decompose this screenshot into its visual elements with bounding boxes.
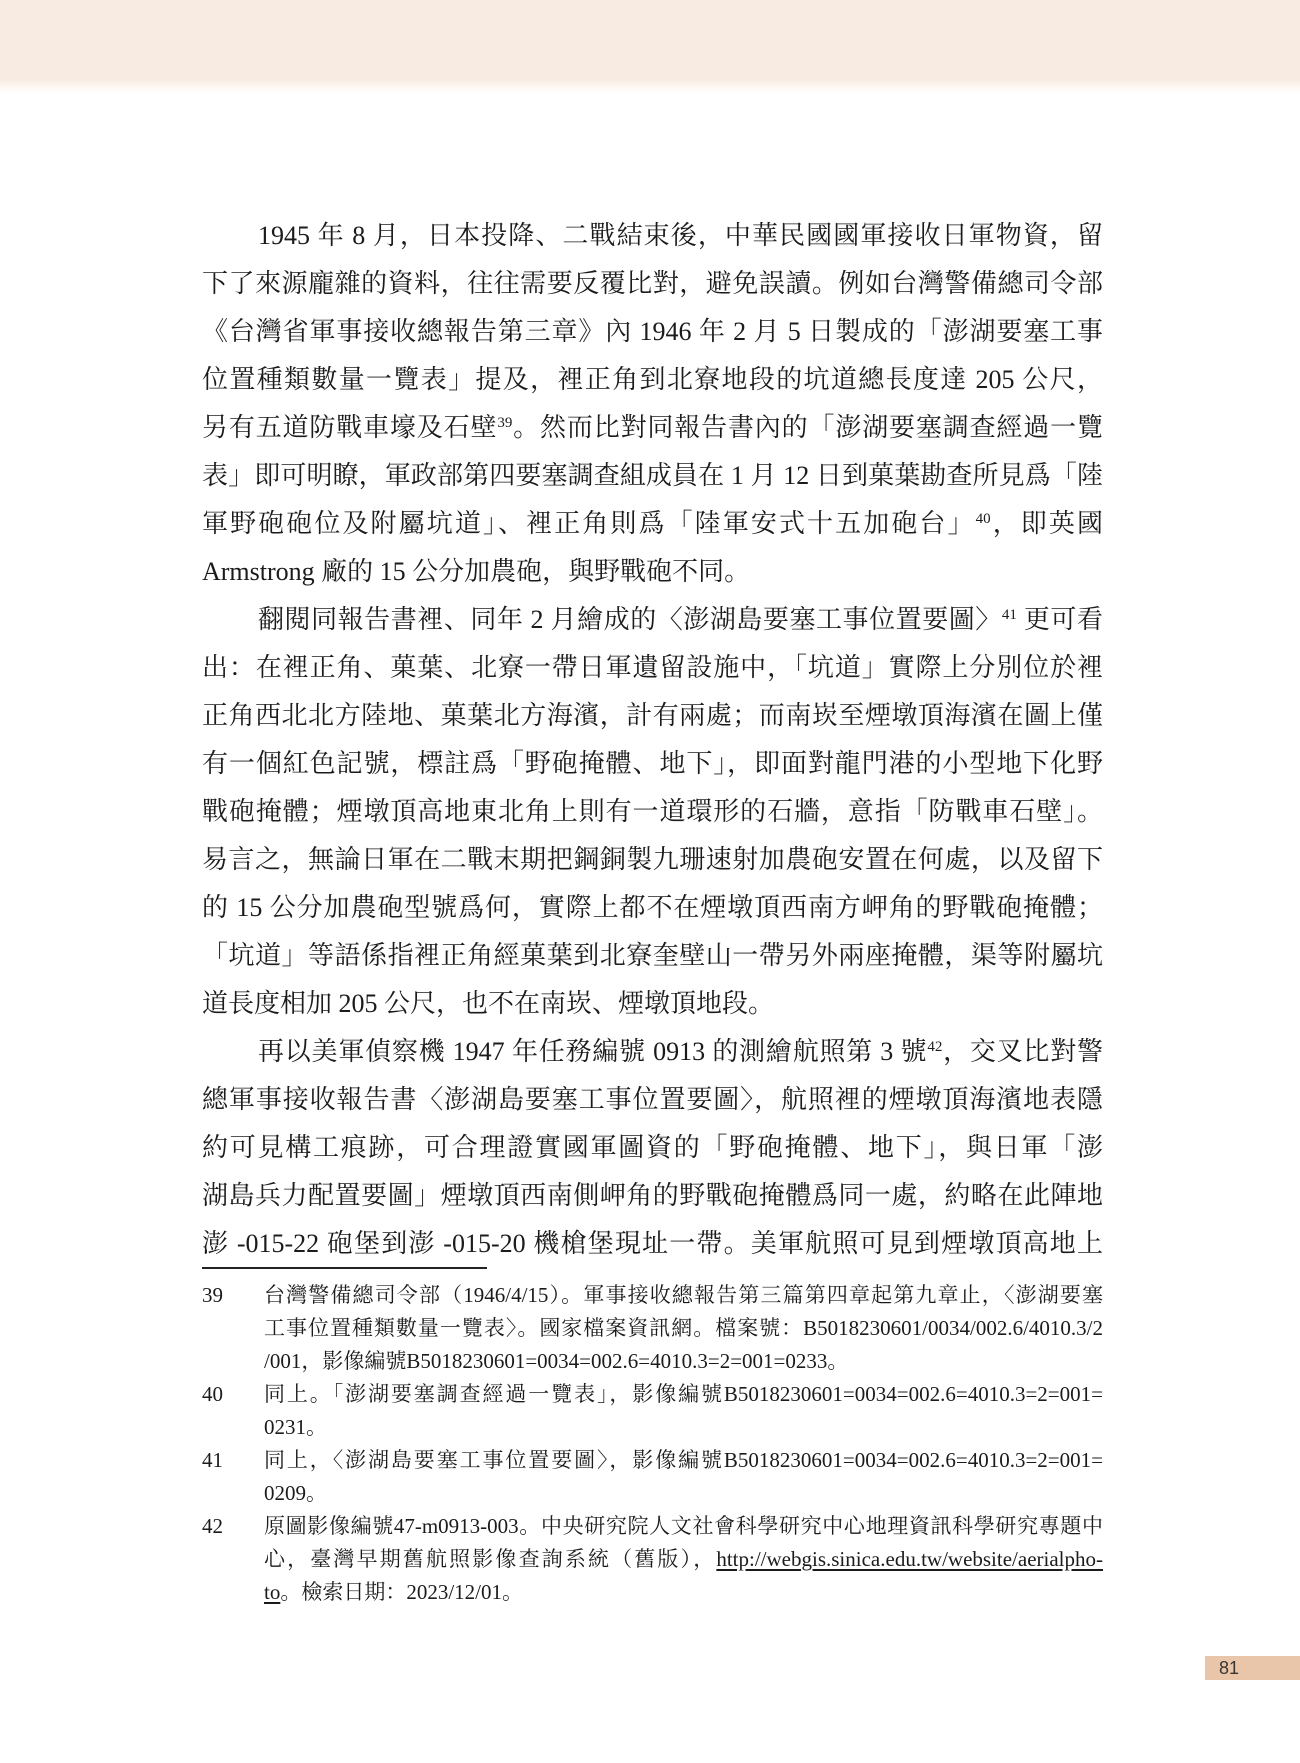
text-line: 翻閱同報告書裡、同年 2 月繪成的〈澎湖島要塞工事位置要圖〉41 更可看 <box>202 596 1103 644</box>
text-line: 正角西北北方陸地、菓葉北方海濱，計有兩處；而南崁至煙墩頂海濱在圖上僅 <box>202 692 1103 740</box>
footnote-ref: 42 <box>927 1039 942 1055</box>
text-run: 下了來源龐雜的資料，往往需要反覆比對，避免誤讀。例如台灣警備總司令部 <box>202 269 1103 298</box>
text-run: 工事位置種類數量一覽表〉。國家檔案資訊網。檔案號：B5018230601/003… <box>264 1316 1103 1340</box>
text-run: 同上。「澎湖要塞調查經過一覽表」，影像編號B5018230601=0034=00… <box>264 1382 1103 1406</box>
text-line: 1945 年 8 月，日本投降、二戰結束後，中華民國國軍接收日軍物資，留 <box>202 212 1103 260</box>
text-run: 同上，〈澎湖島要塞工事位置要圖〉，影像編號B5018230601=0034=00… <box>264 1448 1103 1472</box>
text-run: 約可見構工痕跡，可合理證實國軍圖資的「野砲掩體、地下」，與日軍「澎 <box>202 1133 1103 1162</box>
footnote-42: 42原圖影像編號47-m0913-003。中央研究院人文社會科學研究中心地理資訊… <box>202 1510 1103 1609</box>
text-run: 心，臺灣早期舊航照影像查詢系統（舊版）， <box>264 1547 716 1571</box>
text-run: 出：在裡正角、菓葉、北寮一帶日軍遺留設施中，「坑道」實際上分別位於裡 <box>202 653 1103 682</box>
text-run: Armstrong 廠的 15 公分加農砲，與野戰砲不同。 <box>202 557 750 586</box>
text-line: 有一個紅色記號，標註爲「野砲掩體、地下」，即面對龍門港的小型地下化野 <box>202 740 1103 788</box>
text-run: 軍野砲砲位及附屬坑道」、裡正角則爲「陸軍安式十五加砲台」 <box>202 509 976 538</box>
footnote-number: 42 <box>202 1510 223 1543</box>
footnote-line: 41同上，〈澎湖島要塞工事位置要圖〉，影像編號B5018230601=0034=… <box>202 1444 1103 1477</box>
footnote-line: 42原圖影像編號47-m0913-003。中央研究院人文社會科學研究中心地理資訊… <box>202 1510 1103 1543</box>
text-line: 總軍事接收報告書〈澎湖島要塞工事位置要圖〉，航照裡的煙墩頂海濱地表隱 <box>202 1076 1103 1124</box>
footnote-ref: 41 <box>1002 607 1017 623</box>
footnote-line: 心，臺灣早期舊航照影像查詢系統（舊版），http://webgis.sinica… <box>202 1543 1103 1576</box>
footnote-41: 41同上，〈澎湖島要塞工事位置要圖〉，影像編號B5018230601=0034=… <box>202 1444 1103 1510</box>
text-line: 《台灣省軍事接收總報告第三章》內 1946 年 2 月 5 日製成的「澎湖要塞工… <box>202 308 1103 356</box>
text-line: 湖島兵力配置要圖」煙墩頂西南側岬角的野戰砲掩體爲同一處，約略在此陣地 <box>202 1172 1103 1220</box>
text-line: 出：在裡正角、菓葉、北寮一帶日軍遺留設施中，「坑道」實際上分別位於裡 <box>202 644 1103 692</box>
text-line: 的 15 公分加農砲型號爲何，實際上都不在煙墩頂西南方岬角的野戰砲掩體； <box>202 884 1103 932</box>
text-run: 原圖影像編號47-m0913-003。中央研究院人文社會科學研究中心地理資訊科學… <box>264 1514 1103 1538</box>
footnote-number: 41 <box>202 1444 223 1477</box>
text-line: 約可見構工痕跡，可合理證實國軍圖資的「野砲掩體、地下」，與日軍「澎 <box>202 1124 1103 1172</box>
text-run: 台灣警備總司令部（1946/4/15）。軍事接收總報告第三篇第四章起第九章止，〈… <box>264 1283 1103 1307</box>
text-run: 《台灣省軍事接收總報告第三章》內 1946 年 2 月 5 日製成的「澎湖要塞工… <box>202 317 1103 346</box>
footnote-line: to。檢索日期：2023/12/01。 <box>202 1576 1103 1609</box>
footnote-ref: 40 <box>976 511 991 527</box>
text-run: 0231。 <box>264 1415 327 1439</box>
footnote-39: 39台灣警備總司令部（1946/4/15）。軍事接收總報告第三篇第四章起第九章止… <box>202 1279 1103 1378</box>
footnote-number: 40 <box>202 1378 223 1411</box>
footnote-line: 0209。 <box>202 1477 1103 1510</box>
text-run: 。然而比對同報告書內的「澎湖要塞調查經過一覽 <box>512 413 1103 442</box>
text-run: 易言之，無論日軍在二戰末期把鋼銅製九珊速射加農砲安置在何處，以及留下 <box>202 845 1103 874</box>
text-line: 軍野砲砲位及附屬坑道」、裡正角則爲「陸軍安式十五加砲台」40，即英國 <box>202 500 1103 548</box>
text-run: /001，影像編號B5018230601=0034=002.6=4010.3=2… <box>264 1349 848 1373</box>
footnote-line: 39台灣警備總司令部（1946/4/15）。軍事接收總報告第三篇第四章起第九章止… <box>202 1279 1103 1312</box>
text-run: 「坑道」等語係指裡正角經菓葉到北寮奎壁山一帶另外兩座掩體，渠等附屬坑 <box>202 941 1103 970</box>
page-number: 81 <box>1219 1658 1239 1678</box>
text-run: 澎 -015-22 砲堡到澎 -015-20 機槍堡現址一帶。美軍航照可見到煙墩… <box>202 1229 1103 1258</box>
header-band <box>0 0 1300 94</box>
text-run: ，交叉比對警 <box>942 1037 1103 1066</box>
text-line: Armstrong 廠的 15 公分加農砲，與野戰砲不同。 <box>202 548 1103 596</box>
text-line: 再以美軍偵察機 1947 年任務編號 0913 的測繪航照第 3 號42，交叉比… <box>202 1028 1103 1076</box>
footnote-ref: 39 <box>497 415 512 431</box>
text-run: 正角西北北方陸地、菓葉北方海濱，計有兩處；而南崁至煙墩頂海濱在圖上僅 <box>202 701 1103 730</box>
text-run: 翻閱同報告書裡、同年 2 月繪成的〈澎湖島要塞工事位置要圖〉 <box>258 605 1002 634</box>
text-run: 另有五道防戰車壕及石壁 <box>202 413 497 442</box>
footnote-number: 39 <box>202 1279 223 1312</box>
text-run: 位置種類數量一覽表」提及，裡正角到北寮地段的坑道總長度達 205 公尺， <box>202 365 1103 394</box>
text-line: 表」即可明瞭，軍政部第四要塞調查組成員在 1 月 12 日到菓葉勘查所見爲「陸 <box>202 452 1103 500</box>
text-run: 湖島兵力配置要圖」煙墩頂西南側岬角的野戰砲掩體爲同一處，約略在此陣地 <box>202 1181 1103 1210</box>
footnote-line: 工事位置種類數量一覽表〉。國家檔案資訊網。檔案號：B5018230601/003… <box>202 1312 1103 1345</box>
footnote-line: 0231。 <box>202 1411 1103 1444</box>
text-run: 的 15 公分加農砲型號爲何，實際上都不在煙墩頂西南方岬角的野戰砲掩體； <box>202 893 1103 922</box>
footnote-line: 40同上。「澎湖要塞調查經過一覽表」，影像編號B5018230601=0034=… <box>202 1378 1103 1411</box>
text-line: 位置種類數量一覽表」提及，裡正角到北寮地段的坑道總長度達 205 公尺， <box>202 356 1103 404</box>
text-run: 更可看 <box>1017 605 1103 634</box>
text-run: 再以美軍偵察機 1947 年任務編號 0913 的測繪航照第 3 號 <box>258 1037 927 1066</box>
text-line: 「坑道」等語係指裡正角經菓葉到北寮奎壁山一帶另外兩座掩體，渠等附屬坑 <box>202 932 1103 980</box>
body-text: 1945 年 8 月，日本投降、二戰結束後，中華民國國軍接收日軍物資，留下了來源… <box>202 212 1103 1268</box>
text-line: 道長度相加 205 公尺，也不在南崁、煙墩頂地段。 <box>202 980 1103 1028</box>
text-run: 0209。 <box>264 1481 327 1505</box>
footnote-line: /001，影像編號B5018230601=0034=002.6=4010.3=2… <box>202 1345 1103 1378</box>
hyperlink[interactable]: to <box>264 1580 280 1604</box>
text-run: 。檢索日期：2023/12/01。 <box>280 1580 523 1604</box>
text-line: 戰砲掩體；煙墩頂高地東北角上則有一道環形的石牆，意指「防戰車石壁」。 <box>202 788 1103 836</box>
text-run: 戰砲掩體；煙墩頂高地東北角上則有一道環形的石牆，意指「防戰車石壁」。 <box>202 797 1103 826</box>
text-run: 總軍事接收報告書〈澎湖島要塞工事位置要圖〉，航照裡的煙墩頂海濱地表隱 <box>202 1085 1103 1114</box>
footnotes: 39台灣警備總司令部（1946/4/15）。軍事接收總報告第三篇第四章起第九章止… <box>202 1279 1103 1609</box>
text-run: 道長度相加 205 公尺，也不在南崁、煙墩頂地段。 <box>202 989 774 1018</box>
text-line: 澎 -015-22 砲堡到澎 -015-20 機槍堡現址一帶。美軍航照可見到煙墩… <box>202 1220 1103 1268</box>
text-line: 易言之，無論日軍在二戰末期把鋼銅製九珊速射加農砲安置在何處，以及留下 <box>202 836 1103 884</box>
footnote-divider <box>202 1267 487 1269</box>
page-number-badge: 81 <box>1205 1656 1300 1680</box>
footnote-40: 40同上。「澎湖要塞調查經過一覽表」，影像編號B5018230601=0034=… <box>202 1378 1103 1444</box>
hyperlink[interactable]: http://webgis.sinica.edu.tw/website/aeri… <box>716 1547 1103 1571</box>
text-run: 有一個紅色記號，標註爲「野砲掩體、地下」，即面對龍門港的小型地下化野 <box>202 749 1103 778</box>
text-run: 1945 年 8 月，日本投降、二戰結束後，中華民國國軍接收日軍物資，留 <box>258 221 1103 250</box>
text-line: 另有五道防戰車壕及石壁39。然而比對同報告書內的「澎湖要塞調查經過一覽 <box>202 404 1103 452</box>
text-line: 下了來源龐雜的資料，往往需要反覆比對，避免誤讀。例如台灣警備總司令部 <box>202 260 1103 308</box>
text-run: ，即英國 <box>991 509 1103 538</box>
text-run: 表」即可明瞭，軍政部第四要塞調查組成員在 1 月 12 日到菓葉勘查所見爲「陸 <box>202 461 1103 490</box>
